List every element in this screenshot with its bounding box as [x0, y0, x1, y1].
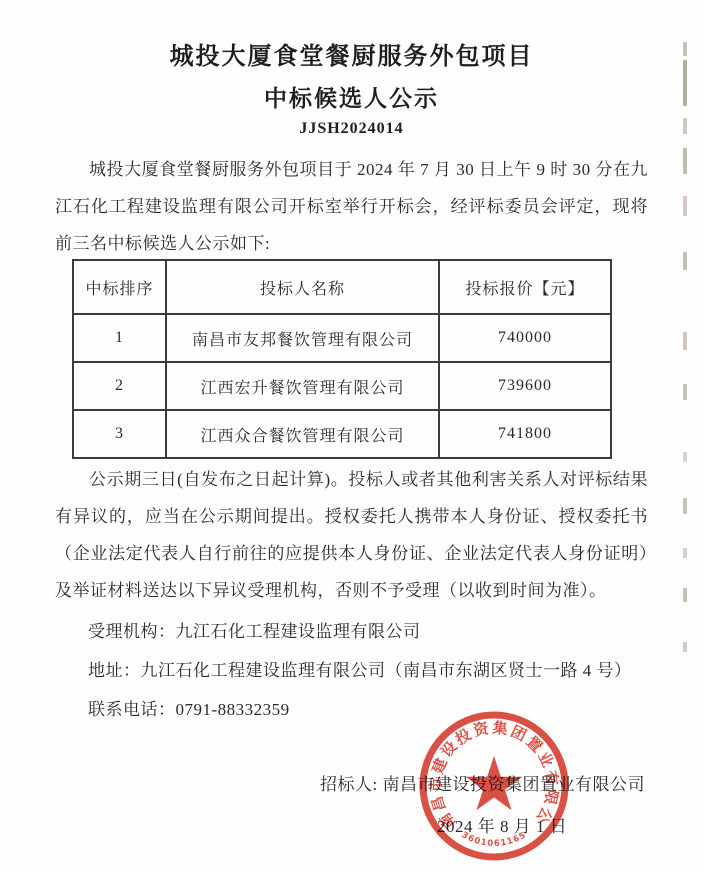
cell-price: 739600	[439, 362, 611, 410]
cell-price: 741800	[439, 410, 611, 458]
table-row: 1 南昌市友邦餐饮管理有限公司 740000	[73, 314, 611, 362]
table-row: 2 江西宏升餐饮管理有限公司 739600	[73, 362, 611, 410]
cell-rank: 2	[73, 362, 166, 410]
cell-bidder: 江西宏升餐饮管理有限公司	[166, 362, 439, 410]
acceptance-agency-line: 受理机构：九江石化工程建设监理有限公司	[88, 617, 421, 642]
intro-paragraph: 城投大厦食堂餐厨服务外包项目于 2024 年 7 月 30 日上午 9 时 30…	[55, 151, 648, 262]
cell-bidder: 南昌市友邦餐饮管理有限公司	[166, 314, 439, 362]
document-title: 城投大厦食堂餐厨服务外包项目	[0, 36, 703, 71]
project-code: JJSH2024014	[0, 120, 703, 138]
tenderer-signature-line: 招标人: 南昌市建设投资集团置业有限公司	[320, 770, 645, 795]
document-date: 2024 年 8 月 1 日	[437, 812, 567, 837]
header-rank: 中标排序	[73, 260, 166, 314]
address-line: 地址：九江石化工程建设监理有限公司（南昌市东湖区贤士一路 4 号）	[88, 656, 632, 681]
objection-notice-paragraph: 公示期三日(自发布之日起计算)。投标人或者其他利害关系人对评标结果有异议的，应当…	[55, 461, 648, 609]
scan-artifact-strip	[683, 0, 689, 871]
phone-line: 联系电话：0791-88332359	[88, 695, 290, 720]
cell-bidder: 江西众合餐饮管理有限公司	[166, 410, 439, 458]
cell-price: 740000	[439, 314, 611, 362]
cell-rank: 3	[73, 410, 166, 458]
header-bid-price: 投标报价【元】	[439, 260, 611, 314]
cell-rank: 1	[73, 314, 166, 362]
document-subtitle: 中标候选人公示	[0, 80, 703, 113]
table-row: 3 江西众合餐饮管理有限公司 741800	[73, 410, 611, 458]
header-bidder-name: 投标人名称	[166, 260, 439, 314]
table-header-row: 中标排序 投标人名称 投标报价【元】	[73, 260, 611, 314]
announcement-document: 城投大厦食堂餐厨服务外包项目 中标候选人公示 JJSH2024014 城投大厦食…	[0, 0, 703, 871]
bid-candidates-table: 中标排序 投标人名称 投标报价【元】 1 南昌市友邦餐饮管理有限公司 74000…	[72, 259, 612, 459]
